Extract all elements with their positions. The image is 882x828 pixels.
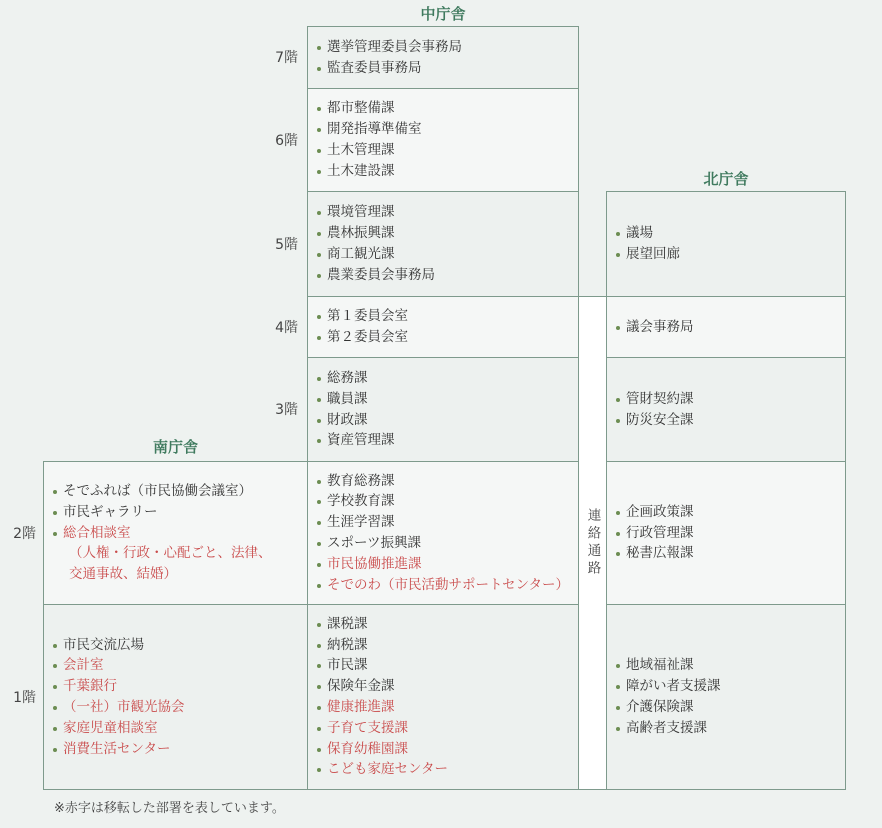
dept-item-moved: 会計室: [52, 655, 185, 676]
dept-item: 農林振興課: [316, 223, 435, 244]
dept-item: 生涯学習課: [316, 512, 569, 533]
dept-item-moved: 市民協働推進課: [316, 554, 569, 575]
dept-item: 財政課: [316, 410, 395, 431]
dept-item: 管財契約課: [615, 389, 694, 410]
floor-label-1: 1階: [0, 604, 36, 789]
middle-floor-4: 第１委員会室 第２委員会室: [307, 296, 579, 358]
dept-item: 土木管理課: [316, 140, 422, 161]
dept-item: 環境管理課: [316, 202, 435, 223]
dept-item: 監査委員事務局: [316, 58, 462, 79]
dept-item-moved: 健康推進課: [316, 697, 448, 718]
north-floor-1: 地域福祉課 障がい者支援課 介護保険課 高齢者支援課: [606, 604, 846, 790]
dept-item-moved: 千葉銀行: [52, 676, 185, 697]
middle-floor-6: 都市整備課 開発指導準備室 土木管理課 土木建設課: [307, 88, 579, 192]
dept-item: 企画政策課: [615, 502, 694, 523]
south-floor-1: 市民交流広場 会計室 千葉銀行 （一社）市観光協会 家庭児童相談室 消費生活セン…: [43, 604, 308, 790]
dept-item: 学校教育課: [316, 491, 569, 512]
corridor-bottom-border: [578, 789, 607, 790]
corridor-label: 連絡通路: [583, 508, 603, 578]
floor-label-5: 5階: [240, 191, 298, 296]
dept-item: 土木建設課: [316, 161, 422, 182]
dept-item: 課税課: [316, 614, 448, 635]
dept-item: 選挙管理委員会事務局: [316, 37, 462, 58]
floor-label-2: 2階: [0, 461, 36, 604]
dept-item: 都市整備課: [316, 98, 422, 119]
dept-item: 職員課: [316, 389, 395, 410]
dept-item: 保険年金課: [316, 676, 448, 697]
dept-item: 教育総務課: [316, 471, 569, 492]
dept-item: 農業委員会事務局: [316, 265, 435, 286]
dept-item-moved: 消費生活センター: [52, 739, 185, 760]
floor-label-4: 4階: [240, 296, 298, 357]
floor-label-3: 3階: [240, 357, 298, 461]
floor-label-6: 6階: [240, 88, 298, 191]
dept-item: 議場: [615, 223, 680, 244]
dept-item: 第１委員会室: [316, 306, 408, 327]
dept-name: 総合相談室: [63, 525, 131, 541]
connecting-corridor: 連絡通路: [578, 296, 607, 790]
middle-floor-1: 課税課 納税課 市民課 保険年金課 健康推進課 子育て支援課 保育幼稚園課 こど…: [307, 604, 579, 790]
dept-item-moved: （一社）市観光協会: [52, 697, 185, 718]
dept-item: 市民ギャラリー: [52, 502, 272, 523]
dept-item: 市民課: [316, 655, 448, 676]
dept-item-moved: 家庭児童相談室: [52, 718, 185, 739]
dept-subtext-line-2: 交通事故、結婚）: [63, 564, 272, 585]
dept-item-moved: こども家庭センター: [316, 759, 448, 780]
middle-floor-2: 教育総務課 学校教育課 生涯学習課 スポーツ振興課 市民協働推進課 そでのわ（市…: [307, 461, 579, 605]
dept-item: 地域福祉課: [615, 655, 721, 676]
dept-item: 議会事務局: [615, 317, 694, 338]
dept-item: 総務課: [316, 368, 395, 389]
footnote: ※赤字は移転した部署を表しています。: [54, 797, 285, 816]
middle-floor-5: 環境管理課 農林振興課 商工観光課 農業委員会事務局: [307, 191, 579, 297]
dept-item: 商工観光課: [316, 244, 435, 265]
north-floor-2: 企画政策課 行政管理課 秘書広報課: [606, 461, 846, 605]
dept-item: 防災安全課: [615, 410, 694, 431]
dept-subtext-line-1: （人権・行政・心配ごと、法律、: [63, 543, 272, 564]
north-floor-5: 議場 展望回廊: [606, 191, 846, 297]
dept-item-moved: 総合相談室 （人権・行政・心配ごと、法律、 交通事故、結婚）: [52, 523, 272, 585]
south-floor-2: そでふれば（市民協働会議室） 市民ギャラリー 総合相談室 （人権・行政・心配ごと…: [43, 461, 308, 605]
dept-item: 秘書広報課: [615, 543, 694, 564]
floor-label-7: 7階: [240, 26, 298, 88]
dept-item: 行政管理課: [615, 523, 694, 544]
dept-item: 障がい者支援課: [615, 676, 721, 697]
dept-item: 資産管理課: [316, 430, 395, 451]
dept-item: そでふれば（市民協働会議室）: [52, 481, 272, 502]
dept-item: スポーツ振興課: [316, 533, 569, 554]
dept-item: 介護保険課: [615, 697, 721, 718]
dept-item-moved: そでのわ（市民活動サポートセンター）: [316, 575, 569, 596]
dept-item: 開発指導準備室: [316, 119, 422, 140]
middle-floor-3: 総務課 職員課 財政課 資産管理課: [307, 357, 579, 462]
dept-item-moved: 保育幼稚園課: [316, 739, 448, 760]
dept-item: 第２委員会室: [316, 327, 408, 348]
corridor-top-border: [578, 296, 607, 297]
north-floor-4: 議会事務局: [606, 296, 846, 358]
north-floor-3: 管財契約課 防災安全課: [606, 357, 846, 462]
north-building-title: 北庁舎: [606, 168, 846, 189]
middle-building-title: 中庁舎: [307, 3, 579, 24]
dept-item: 高齢者支援課: [615, 718, 721, 739]
dept-item: 納税課: [316, 635, 448, 656]
dept-item: 市民交流広場: [52, 635, 185, 656]
dept-item-moved: 子育て支援課: [316, 718, 448, 739]
middle-floor-7: 選挙管理委員会事務局 監査委員事務局: [307, 26, 579, 89]
dept-item: 展望回廊: [615, 244, 680, 265]
